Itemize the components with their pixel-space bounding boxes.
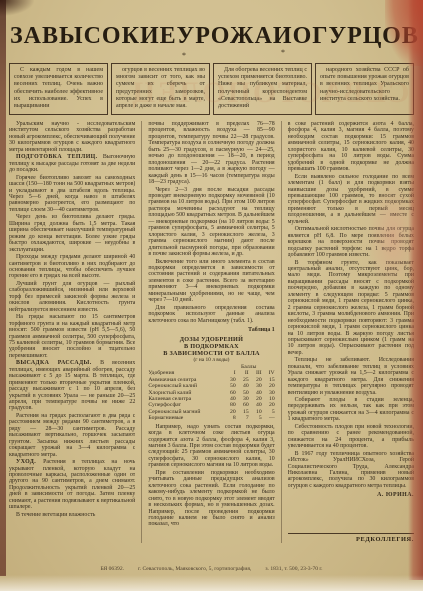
- paragraph: УХОД. Растения в теплицах на ночь укрыва…: [9, 459, 135, 511]
- paragraph: Лучший грунт для огурцов — рыхлый слабор…: [9, 281, 135, 313]
- lede-box: народного хозяйства СССР об опыте повыше…: [315, 63, 414, 115]
- paragraph: На гряды насыпают по 15 сантиметров торф…: [9, 314, 135, 359]
- decorative-star: *: [182, 52, 186, 60]
- title-word: ОГУРЦОВ: [293, 24, 419, 48]
- paragraph: В торфяном грунте, как показывает центра…: [288, 260, 414, 357]
- dose-value: —: [262, 415, 275, 421]
- imprint-code: БЯ 06392.: [100, 566, 124, 572]
- dose-value: 8: [223, 415, 236, 421]
- imprint-line: БЯ 06392. г. Севастополь, Маяковского, 5…: [0, 566, 423, 572]
- lede-box: Для обогрева весенних теплиц с успехом п…: [213, 63, 312, 115]
- imprint-address: г. Севастополь, Маяковского, 5, гортипог…: [138, 566, 251, 572]
- lede-boxes: С каждым годом в нашем совхозе увеличива…: [9, 63, 414, 115]
- paragraph: в соке растений содержится азота 4 балла…: [288, 121, 414, 173]
- paper-edge-left: [0, 0, 6, 576]
- dose-value: 7: [236, 415, 249, 421]
- page-title: ЗА ВЫСОКИЕ УРОЖАИ ОГУРЦОВ: [10, 24, 413, 48]
- paragraph: Проходы между грядами делают шириной 40 …: [9, 254, 135, 280]
- paragraph: Горячее биотопливо завозят на самоходных…: [9, 175, 135, 214]
- column-paragraphs: почвы поддерживают в пределах 76—78 проц…: [148, 121, 274, 324]
- article-body: Уральским научно - исследовательским инс…: [9, 121, 414, 543]
- author-byline: А. ЮРИНА.: [288, 492, 414, 498]
- paragraph: При составлении подкормки необходимо учи…: [148, 470, 274, 528]
- headline-divider: * *: [0, 51, 423, 61]
- table-row: Бормагниевые875—: [148, 415, 274, 421]
- section-heading: ВЫСАДКА РАССАДЫ.: [16, 360, 100, 366]
- paper-stain: [0, 0, 34, 16]
- title-word: ЗА: [10, 24, 42, 48]
- section-heading: УХОД.: [16, 459, 43, 465]
- paragraph: Для правильного определения состава подк…: [148, 305, 274, 324]
- article-column-1: Уральским научно - исследовательским инс…: [9, 121, 135, 543]
- paragraph: Себестоимость плодов при новой технологи…: [288, 424, 414, 450]
- table-title-line: ДОЗЫ УДОБРЕНИЙ: [148, 336, 274, 343]
- paragraph: В течение вегетации влажность: [9, 512, 135, 518]
- paragraph: Если выявлено сильное голодание по всем …: [288, 174, 414, 226]
- paragraph: Например, надо узнать состав подкормки, …: [148, 424, 274, 469]
- table-caption: Таблица 1: [148, 327, 274, 333]
- paragraph: ПОДГОТОВКА ТЕПЛИЦ. Выгоночную теплицу к …: [9, 154, 135, 173]
- table-title: ДОЗЫ УДОБРЕНИЙ В ПОДКОРМКАХ В ЗАВИСИМОСТ…: [148, 336, 274, 357]
- fertilizer-name: Бормагниевые: [148, 415, 222, 421]
- dose-value: 5: [249, 415, 262, 421]
- paragraph: Собирают плоды в стадии зеленца, передер…: [288, 397, 414, 423]
- paragraph: ВЫСАДКА РАССАДЫ. В весенних теплицах, им…: [9, 360, 135, 412]
- decorative-star: *: [281, 49, 285, 57]
- paragraph: Через день из биотоплива делают гряды. Ш…: [9, 214, 135, 253]
- paragraph: Включение того или иного элемента в сост…: [148, 259, 274, 304]
- title-word: УРОЖАИ: [177, 24, 293, 48]
- column-paragraphs: в соке растений содержится азота 4 балла…: [288, 121, 414, 533]
- imprint-order: з. 1831, т. 500, 23-3-70 г.: [265, 566, 322, 572]
- paragraph: Теплицы не забеливают. Исследования пока…: [288, 357, 414, 396]
- title-word: ВЫСОКИЕ: [42, 24, 177, 48]
- paragraph: В 1967 году тепличница опытного хозяйств…: [288, 451, 414, 490]
- article-column-3: в соке растений содержится азота 4 балла…: [281, 121, 414, 543]
- section-heading: ПОДГОТОВКА ТЕПЛИЦ.: [16, 154, 103, 160]
- newspaper-page: СЕВАСТОПОЛЕЦ ЗА ВЫСОКИЕ УРОЖАИ ОГУРЦОВ *…: [0, 0, 423, 591]
- paper-edge-bottom: [0, 575, 423, 591]
- column-paragraphs: Например, надо узнать состав подкормки, …: [148, 424, 274, 528]
- paragraph: Оптимальной кислотностью почвы для огурц…: [288, 226, 414, 258]
- fertilizer-doses-table: Баллы Удобрения IIIIIIIV Аммиачная селит…: [148, 364, 274, 422]
- table-title-line: В ПОДКОРМКАХ: [148, 343, 274, 350]
- paragraph: почвы поддерживают в пределах 76—78 проц…: [148, 121, 274, 186]
- table-title-line: В ЗАВИСИМОСТИ ОТ БАЛЛА: [148, 350, 274, 357]
- paragraph: Растения на грядах располагают в два ряд…: [9, 413, 135, 458]
- lede-box: огурцов в весенних теплицах во многом за…: [111, 63, 210, 115]
- paragraph: Уральским научно - исследовательским инс…: [9, 121, 135, 153]
- lede-box: С каждым годом в нашем совхозе увеличива…: [9, 63, 108, 115]
- article-column-2: почвы поддерживают в пределах 76—78 проц…: [141, 121, 274, 543]
- table-subtitle: (г на 10 л воды): [148, 357, 274, 363]
- editorial-signature: РЕДКОЛЛЕГИЯ.: [288, 533, 414, 543]
- paragraph: Через 2—3 дня после высадки рассады пров…: [148, 187, 274, 258]
